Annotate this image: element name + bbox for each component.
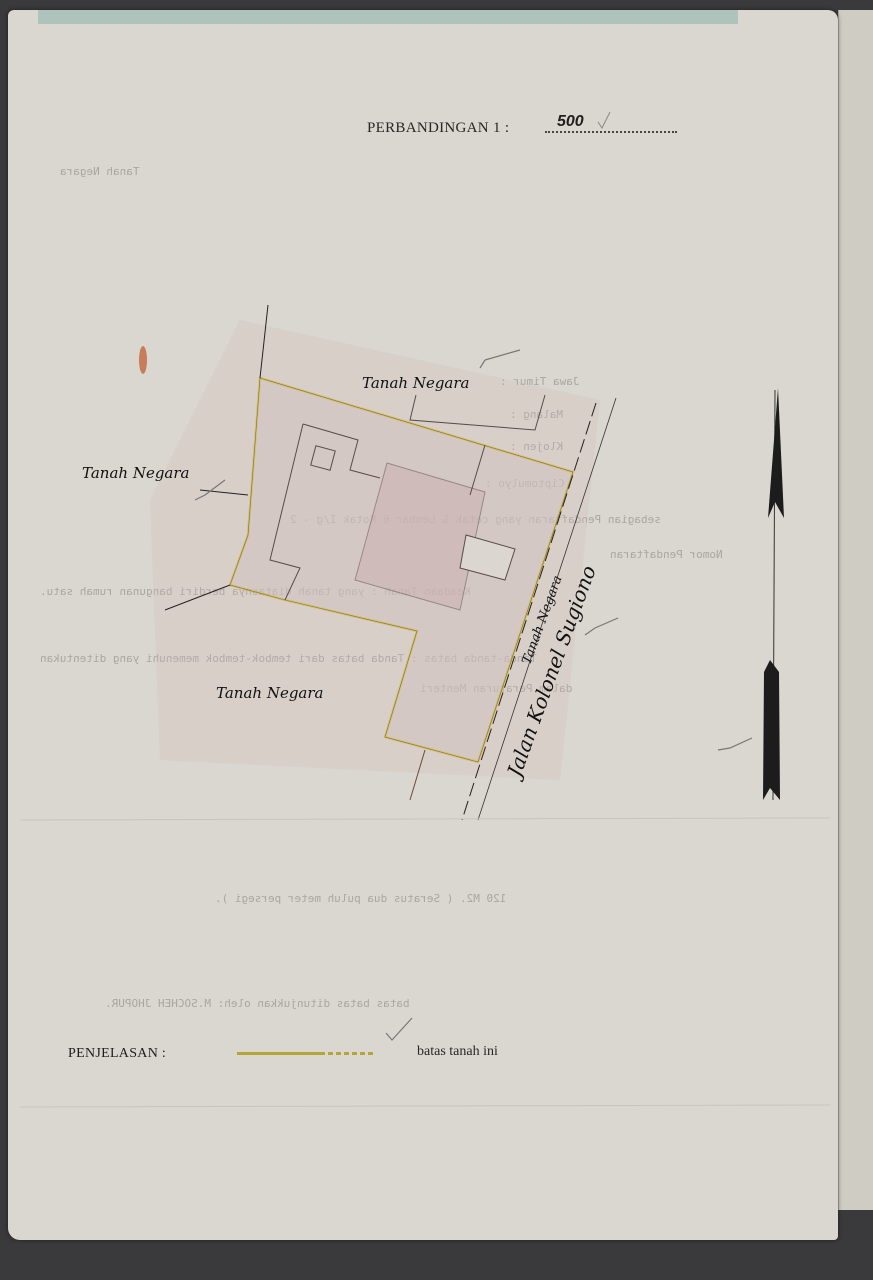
check-mark — [718, 738, 752, 750]
north-arrow-head — [768, 388, 784, 518]
legend-label: PENJELASAN : — [68, 1046, 166, 1062]
fold-line — [20, 1105, 830, 1107]
check-mark — [386, 1018, 412, 1040]
label-north: Tanah Negara — [362, 374, 469, 392]
check-mark — [585, 618, 618, 635]
label-south: Tanah Negara — [216, 684, 323, 702]
check-mark — [480, 350, 520, 368]
survey-map: Tanah Negara Tanah Negara Tanah Negara T… — [0, 0, 873, 1280]
legend-boundary-dash — [320, 1052, 375, 1055]
check-mark — [598, 112, 610, 128]
stain-mark — [139, 346, 147, 374]
legend-description: batas tanah ini — [417, 1044, 498, 1060]
label-west: Tanah Negara — [82, 464, 189, 482]
fold-line — [20, 818, 830, 820]
north-arrow-tail — [763, 660, 780, 800]
